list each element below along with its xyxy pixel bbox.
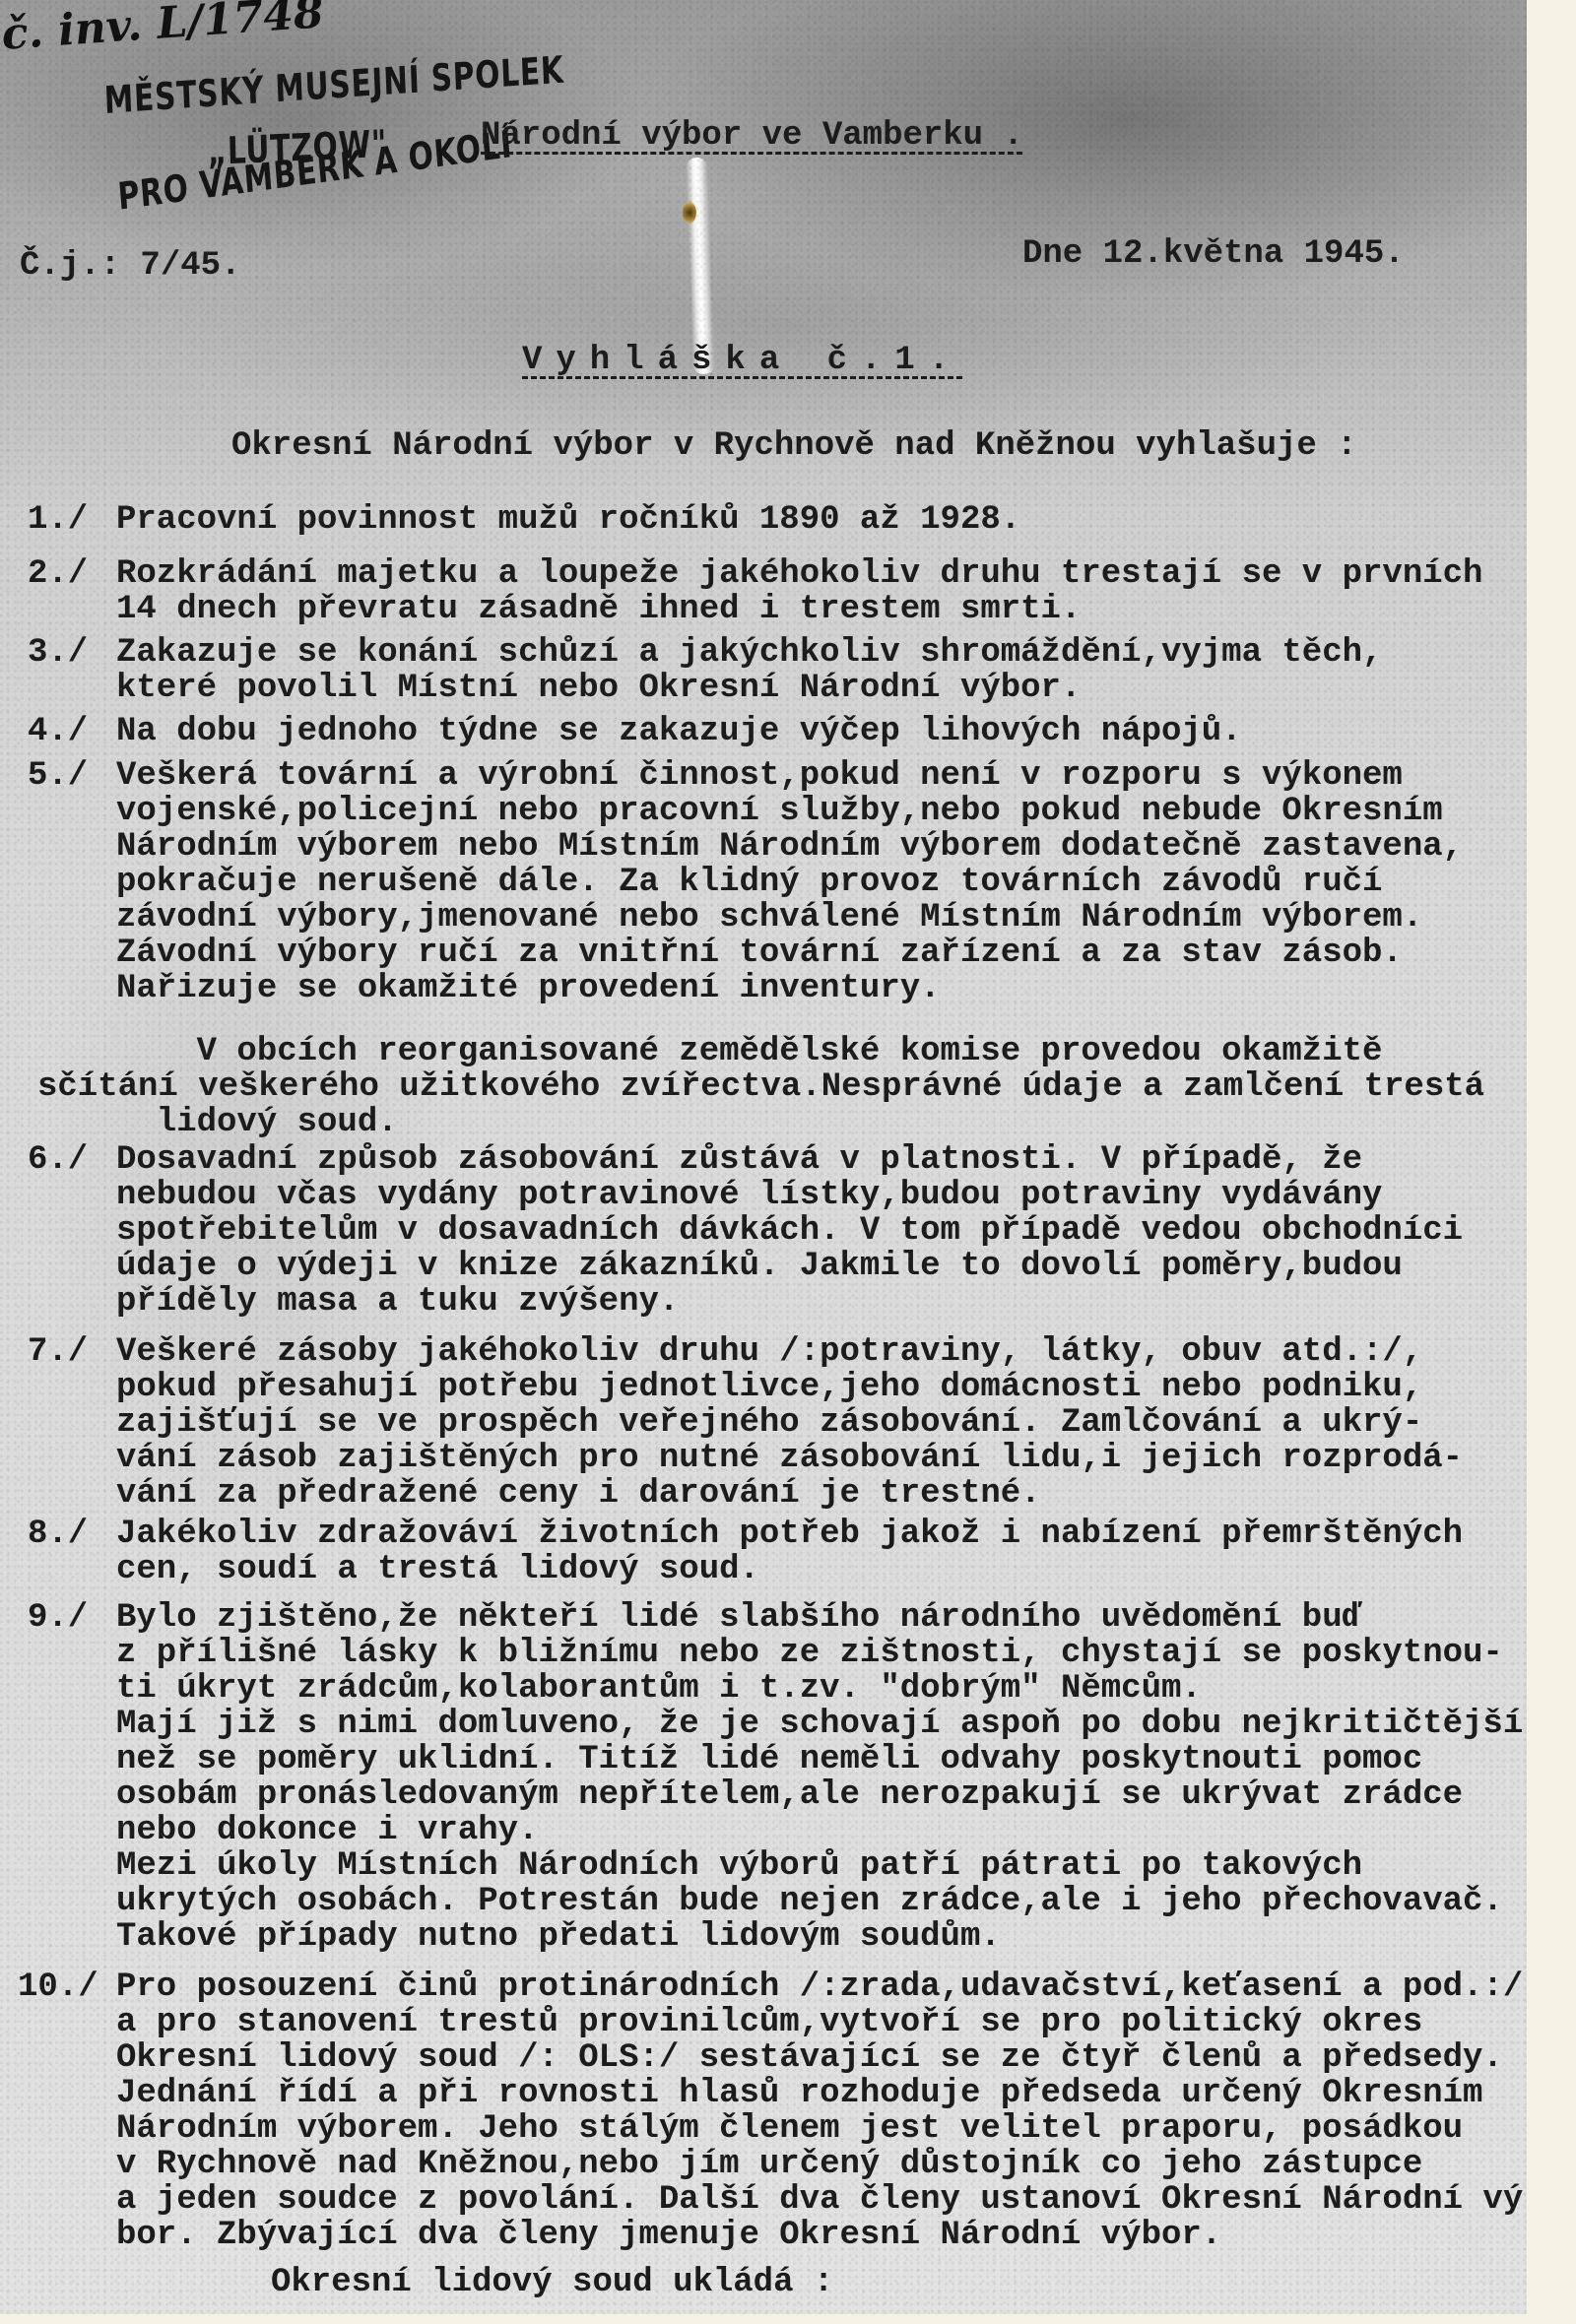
item-number: 8./ bbox=[28, 1517, 88, 1552]
item-text-line: Bylo zjištěno,že někteří lidé slabšího n… bbox=[116, 1600, 1362, 1636]
item-text-line: nebudou včas vydány potravinové lístky,b… bbox=[116, 1178, 1382, 1213]
item-text-line: příděly masa a tuku zvýšeny. bbox=[116, 1284, 679, 1320]
issuer-heading: Národní výbor ve Vamberku . bbox=[481, 118, 1023, 154]
item-text-line: vání za předražené ceny i darování je tr… bbox=[116, 1476, 1041, 1512]
item-text-line: než se poměry uklidní. Titíž lidé neměli… bbox=[116, 1742, 1422, 1777]
item-number: 4./ bbox=[28, 714, 88, 749]
item-text-line: osobám pronásledovaným nepřítelem,ale ne… bbox=[116, 1777, 1463, 1813]
item-text-line: a pro stanovení trestů provinilcům,vytvo… bbox=[116, 2005, 1422, 2040]
item-text-line: Okresní lidový soud /: OLS:/ sestávající… bbox=[116, 2040, 1503, 2076]
item-text-line: vání zásob zajištěných pro nutné zásobov… bbox=[116, 1441, 1463, 1476]
item-text-line: údaje o výdeji v knize zákazníků. Jakmil… bbox=[116, 1249, 1403, 1284]
item-text-line: Veškeré zásoby jakéhokoliv druhu /:potra… bbox=[116, 1334, 1422, 1370]
item-text-line: Veškerá tovární a výrobní činnost,pokud … bbox=[116, 758, 1403, 794]
paper-stain bbox=[683, 202, 696, 224]
document-title: Vyhláška č.1. bbox=[522, 343, 962, 378]
document-page: č. inv. L/1748 MĚSTSKÝ MUSEJNÍ SPOLEK „L… bbox=[0, 0, 1527, 2314]
item-text-line: Závodní výbory ručí za vnitřní tovární z… bbox=[116, 936, 1403, 971]
item-text-line: Národním výborem nebo Místním Národním v… bbox=[116, 829, 1463, 865]
item-text-line: ti úkryt zrádcům,kolaborantům i t.zv. "d… bbox=[116, 1671, 1202, 1707]
document-date: Dne 12.května 1945. bbox=[1022, 236, 1405, 272]
item-text-line: z přílišné lásky k bližnímu nebo ze zišt… bbox=[116, 1636, 1503, 1671]
item-number: 7./ bbox=[28, 1334, 88, 1370]
item-text-line: Mají již s nimi domluveno, že je schovaj… bbox=[116, 1707, 1523, 1742]
item-text-line: Dosavadní způsob zásobování zůstává v pl… bbox=[116, 1142, 1362, 1178]
item-number: 1./ bbox=[28, 502, 88, 538]
item-text-line: vojenské,policejní nebo pracovní služby,… bbox=[116, 794, 1443, 829]
item-text-line: které povolil Místní nebo Okresní Národn… bbox=[116, 671, 1081, 706]
item-text-line: cen, soudí a trestá lidový soud. bbox=[116, 1552, 759, 1587]
item-text-line: lidový soud. bbox=[116, 1105, 398, 1140]
item-text-line: V obcích reorganisované zemědělské komis… bbox=[116, 1034, 1382, 1069]
item-text-line: Národním výborem. Jeho stálým členem jes… bbox=[116, 2111, 1463, 2147]
item-text-line: Zakazuje se konání schůzí a jakýchkoliv … bbox=[116, 635, 1382, 671]
item-text-line: sčítání veškerého užitkového zvířectva.N… bbox=[37, 1069, 1484, 1105]
item-text-line: spotřebitelům v dosavadních dávkách. V t… bbox=[116, 1213, 1463, 1249]
item-text-line: Na dobu jednoho týdne se zakazuje výčep … bbox=[116, 714, 1242, 749]
item-text-line: a jeden soudce z povolání. Další dva čle… bbox=[116, 2182, 1527, 2218]
closing-line: Okresní lidový soud ukládá : bbox=[271, 2265, 833, 2300]
item-text-line: pokud přesahují potřebu jednotlivce,jeho… bbox=[116, 1370, 1422, 1405]
item-text-line: Rozkrádání majetku a loupeže jakéhokoliv… bbox=[116, 556, 1482, 592]
item-text-line: ukrytých osobách. Potrestán bude nejen z… bbox=[116, 1884, 1503, 1919]
handwritten-inventory-number: č. inv. L/1748 bbox=[0, 0, 325, 60]
item-text-line: pokračuje nerušeně dále. Za klidný provo… bbox=[116, 865, 1382, 900]
item-number: 2./ bbox=[28, 556, 88, 592]
reference-number: Č.j.: 7/45. bbox=[20, 248, 240, 284]
item-text-line: Jakékoliv zdražováví životních potřeb ja… bbox=[116, 1517, 1463, 1552]
museum-stamp-line-1: MĚSTSKÝ MUSEJNÍ SPOLEK bbox=[103, 48, 564, 122]
item-text-line: Pracovní povinnost mužů ročníků 1890 až … bbox=[116, 502, 1020, 538]
item-text-line: Mezi úkoly Místních Národních výborů pat… bbox=[116, 1848, 1362, 1884]
item-number: 3./ bbox=[28, 635, 88, 671]
item-text-line: zajišťují se ve prospěch veřejného zásob… bbox=[116, 1405, 1422, 1441]
item-number: 10./ bbox=[18, 1969, 98, 2005]
item-number: 5./ bbox=[28, 758, 88, 794]
item-text-line: závodní výbory,jmenované nebo schválené … bbox=[116, 900, 1422, 936]
item-text-line: v Rychnově nad Kněžnou,nebo jím určený d… bbox=[116, 2147, 1422, 2182]
item-number: 9./ bbox=[28, 1600, 88, 1636]
item-number: 6./ bbox=[28, 1142, 88, 1178]
item-text-line: Pro posouzení činů protinárodních /:zrad… bbox=[116, 1969, 1523, 2005]
item-text-line: Takové případy nutno předati lidovým sou… bbox=[116, 1919, 1001, 1955]
item-text-line: Nařizuje se okamžité provedení inventury… bbox=[116, 971, 941, 1006]
item-text-line: nebo dokonce i vrahy. bbox=[116, 1813, 538, 1848]
item-text-line: 14 dnech převratu zásadně ihned i treste… bbox=[116, 592, 1081, 627]
item-text-line: bor. Zbývající dva členy jmenuje Okresní… bbox=[116, 2218, 1221, 2253]
document-subtitle: Okresní Národní výbor v Rychnově nad Kně… bbox=[231, 428, 1357, 464]
item-text-line: Jednání řídí a při rovnosti hlasů rozhod… bbox=[116, 2076, 1482, 2111]
